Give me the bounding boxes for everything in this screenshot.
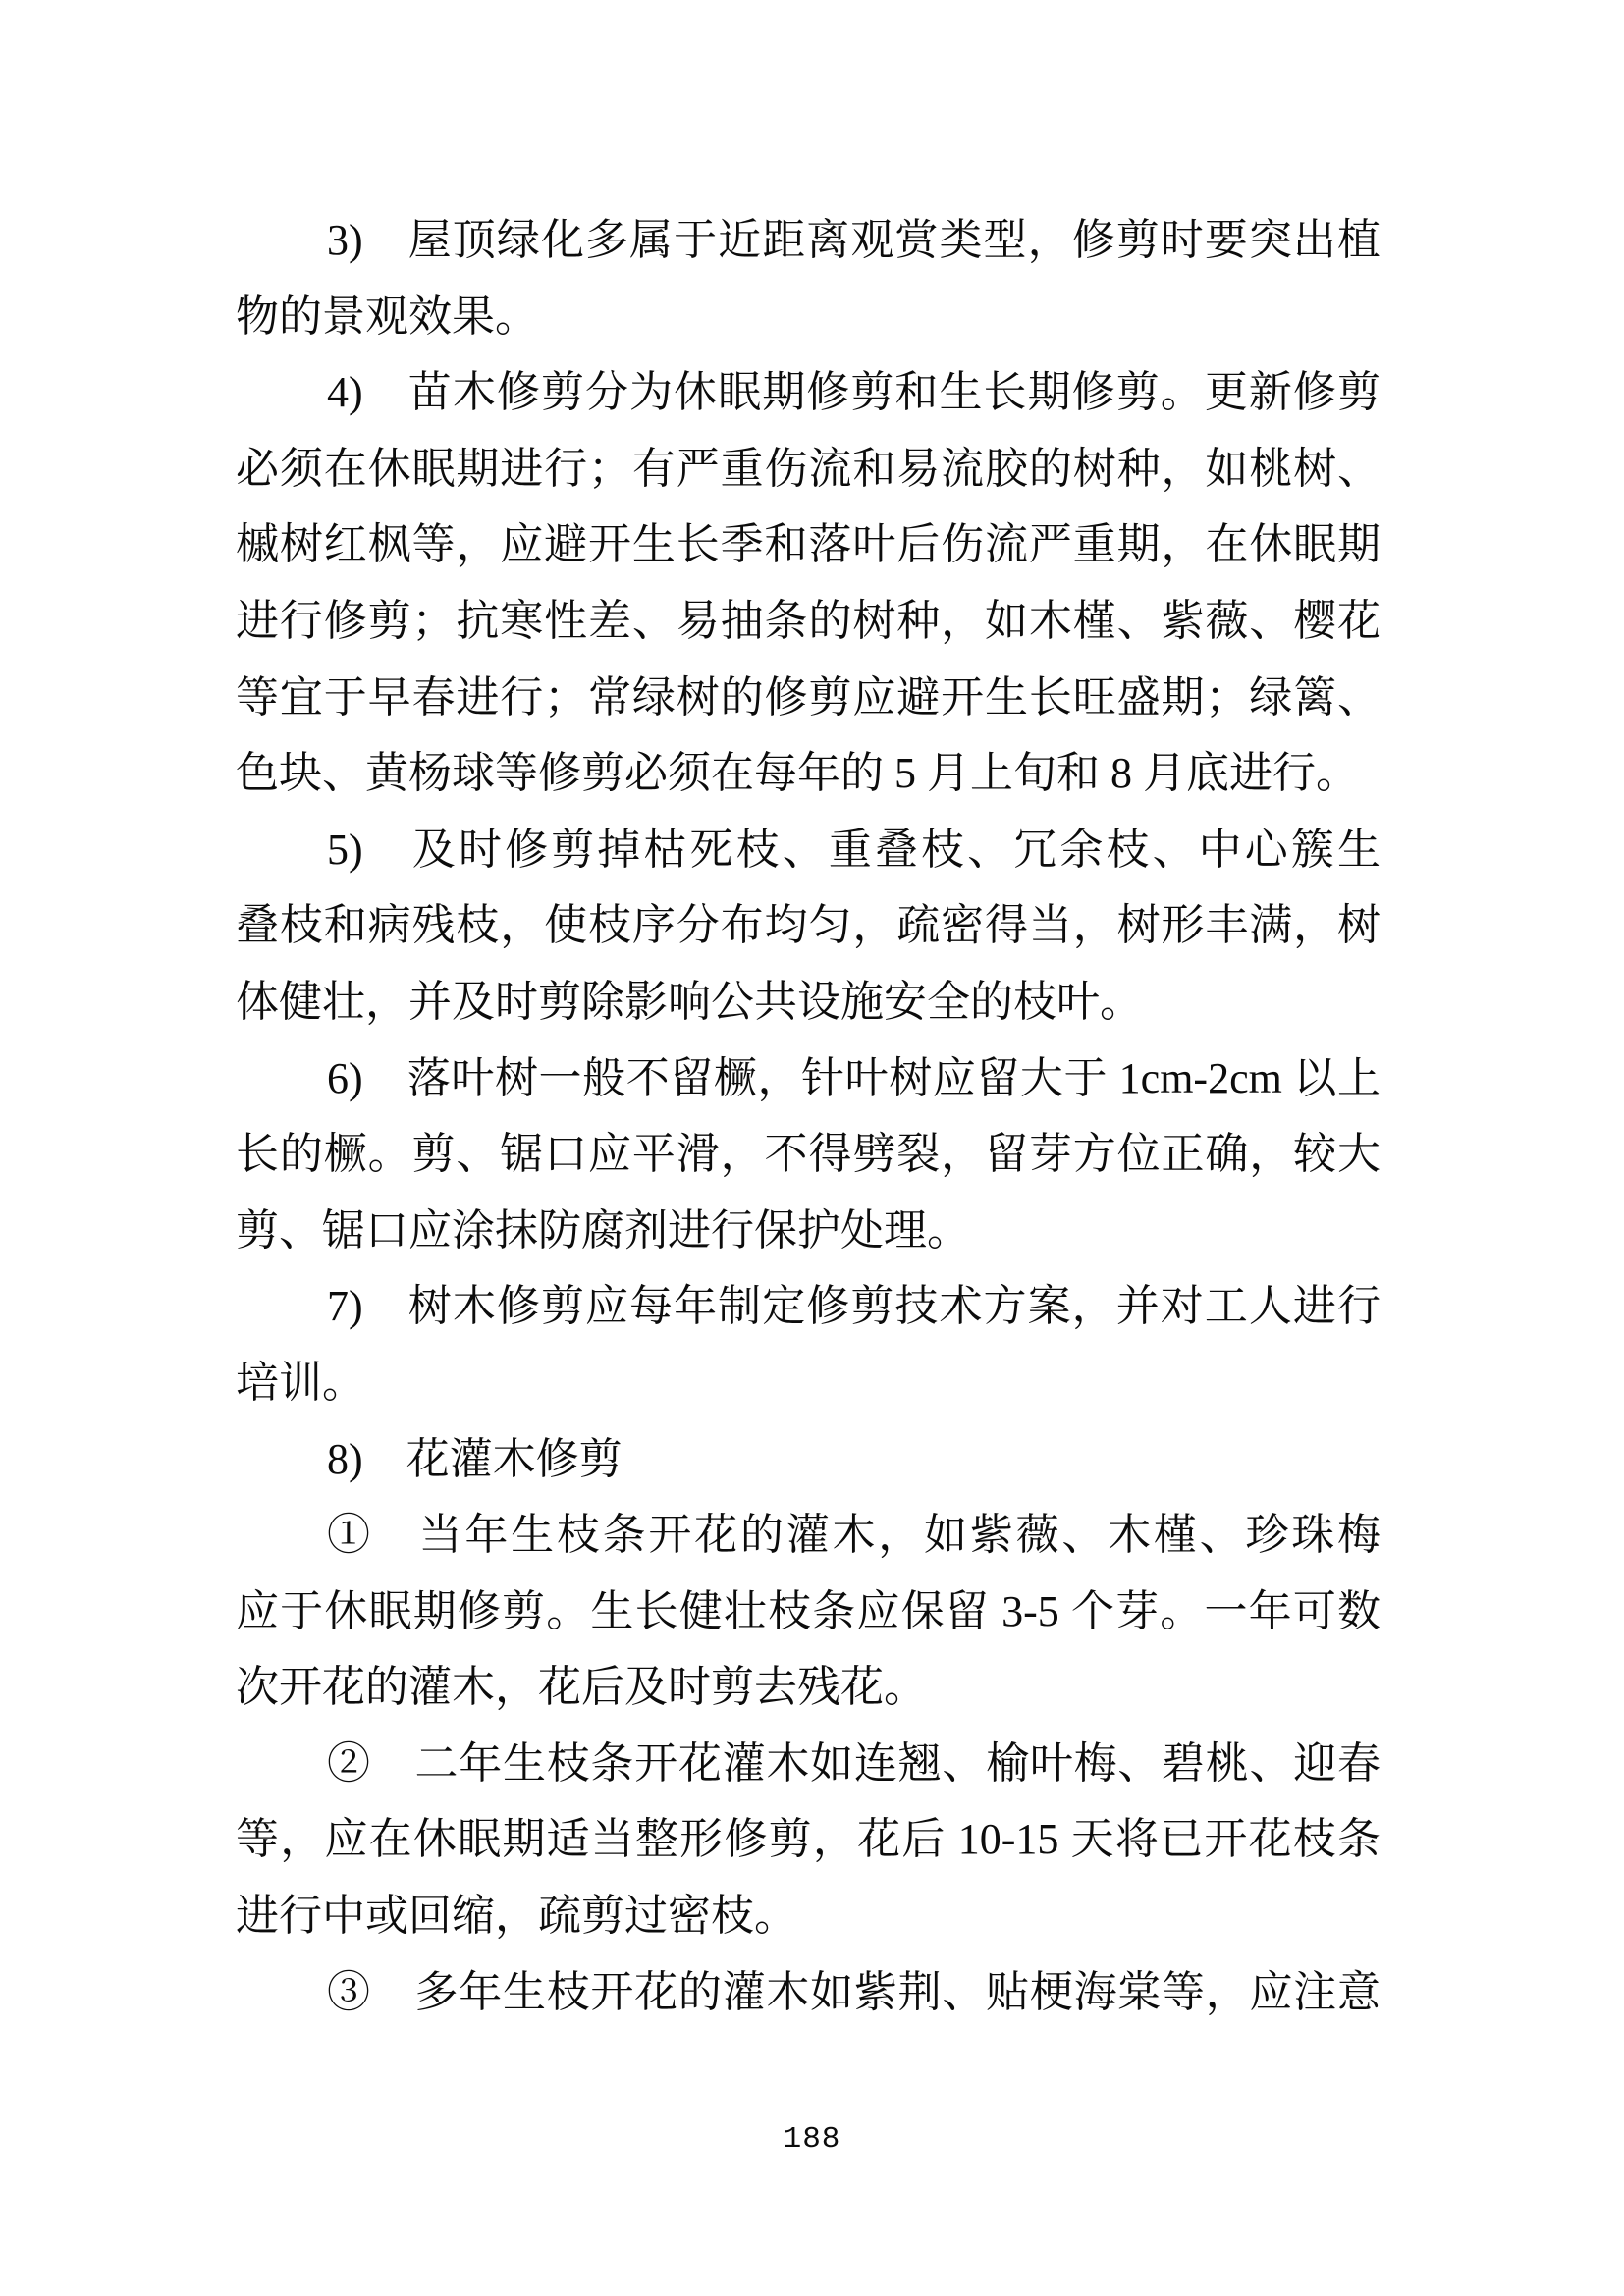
text-line: 等，应在休眠期适当整形修剪，花后 10-15 天将已开花枝条 (236, 1801, 1380, 1878)
text-line: 剪、锯口应涂抹防腐剂进行保护处理。 (236, 1193, 1380, 1269)
text-line: ③ 多年生枝开花的灌木如紫荆、贴梗海棠等，应注意 (236, 1954, 1380, 2031)
text-line: 6) 落叶树一般不留橛，针叶树应留大于 1cm-2cm 以上 (236, 1041, 1380, 1117)
text-line: 必须在休眠期进行；有严重伤流和易流胶的树种，如桃树、 (236, 431, 1380, 507)
text-line: 槭树红枫等，应避开生长季和落叶后伤流严重期，在休眠期 (236, 507, 1380, 583)
text-line: 物的景观效果。 (236, 279, 1380, 355)
text-line: 3) 屋顶绿化多属于近距离观赏类型，修剪时要突出植 (236, 202, 1380, 279)
text-line: 体健壮，并及时剪除影响公共设施安全的枝叶。 (236, 964, 1380, 1041)
text-line: 5) 及时修剪掉枯死枝、重叠枝、冗余枝、中心簇生枝、 (236, 812, 1380, 888)
text-line: 7) 树木修剪应每年制定修剪技术方案，并对工人进行 (236, 1268, 1380, 1345)
text-line: 进行修剪；抗寒性差、易抽条的树种，如木槿、紫薇、樱花 (236, 583, 1380, 660)
text-line: 次开花的灌木，花后及时剪去残花。 (236, 1649, 1380, 1726)
text-line: 应于休眠期修剪。生长健壮枝条应保留 3-5 个芽。一年可数 (236, 1574, 1380, 1650)
text-line: 4) 苗木修剪分为休眠期修剪和生长期修剪。更新修剪 (236, 354, 1380, 431)
body-text: 3) 屋顶绿化多属于近距离观赏类型，修剪时要突出植 物的景观效果。 4) 苗木修… (236, 202, 1380, 2030)
text-line: 等宜于早春进行；常绿树的修剪应避开生长旺盛期；绿篱、 (236, 660, 1380, 736)
document-page: 3) 屋顶绿化多属于近距离观赏类型，修剪时要突出植 物的景观效果。 4) 苗木修… (0, 0, 1624, 2296)
text-line: 进行中或回缩，疏剪过密枝。 (236, 1878, 1380, 1954)
text-line: 叠枝和病残枝，使枝序分布均匀，疏密得当，树形丰满，树 (236, 887, 1380, 964)
text-line: 长的橛。剪、锯口应平滑，不得劈裂，留芽方位正确，较大 (236, 1116, 1380, 1193)
text-line: ① 当年生枝条开花的灌木，如紫薇、木槿、珍珠梅等， (236, 1497, 1380, 1574)
text-line: 8) 花灌木修剪 (236, 1421, 1380, 1498)
text-line: ② 二年生枝条开花灌木如连翘、榆叶梅、碧桃、迎春 (236, 1726, 1380, 1802)
page-number: 188 (0, 2122, 1624, 2157)
text-line: 培训。 (236, 1345, 1380, 1421)
text-line: 色块、黄杨球等修剪必须在每年的 5 月上旬和 8 月底进行。 (236, 735, 1380, 812)
